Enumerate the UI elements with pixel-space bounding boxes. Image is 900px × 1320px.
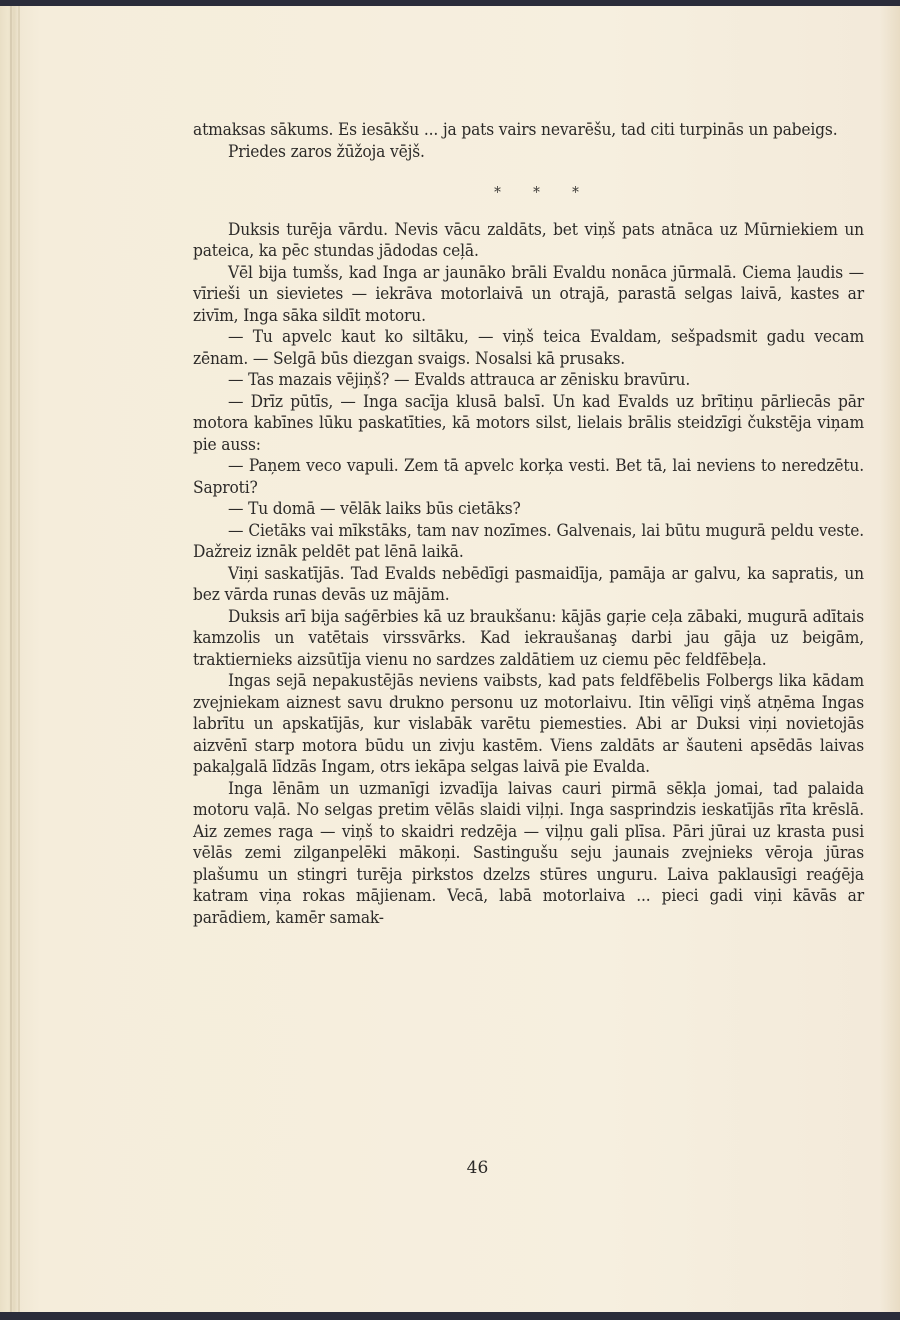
page-number: 46 xyxy=(0,1158,900,1178)
paragraph: Duksis turēja vārdu. Nevis vācu zaldāts,… xyxy=(193,220,864,263)
binding-edge-inner xyxy=(18,6,20,1312)
paragraph: — Paņem veco vapuli. Zem tā apvelc korķa… xyxy=(193,456,864,499)
paragraph: Duksis arī bija saģērbies kā uz braukšan… xyxy=(193,607,864,672)
paragraph: Inga lēnām un uzmanīgi izvadīja laivas c… xyxy=(193,779,864,930)
body-text: atmaksas sākums. Es iesākšu ... ja pats … xyxy=(193,120,864,929)
paragraph: Priedes zaros žūžoja vējš. xyxy=(193,142,864,164)
book-page: atmaksas sākums. Es iesākšu ... ja pats … xyxy=(0,6,900,1312)
paragraph: atmaksas sākums. Es iesākšu ... ja pats … xyxy=(193,120,864,142)
binding-edge xyxy=(10,6,12,1312)
paragraph: Viņi saskatījās. Tad Evalds nebēdīgi pas… xyxy=(193,564,864,607)
section-separator: * * * xyxy=(193,182,864,204)
paragraph: — Tu domā — vēlāk laiks būs cietāks? xyxy=(193,499,864,521)
paragraph: — Tas mazais vējiņš? — Evalds attrauca a… xyxy=(193,370,864,392)
paragraph: — Drīz pūtīs, — Inga sacīja klusā balsī.… xyxy=(193,392,864,457)
paragraph: — Cietāks vai mīkstāks, tam nav nozīmes.… xyxy=(193,521,864,564)
paragraph: Vēl bija tumšs, kad Inga ar jaunāko brāl… xyxy=(193,263,864,328)
paragraph: — Tu apvelc kaut ko siltāku, — viņš teic… xyxy=(193,327,864,370)
paragraph: Ingas sejā nepakustējās neviens vaibsts,… xyxy=(193,671,864,779)
